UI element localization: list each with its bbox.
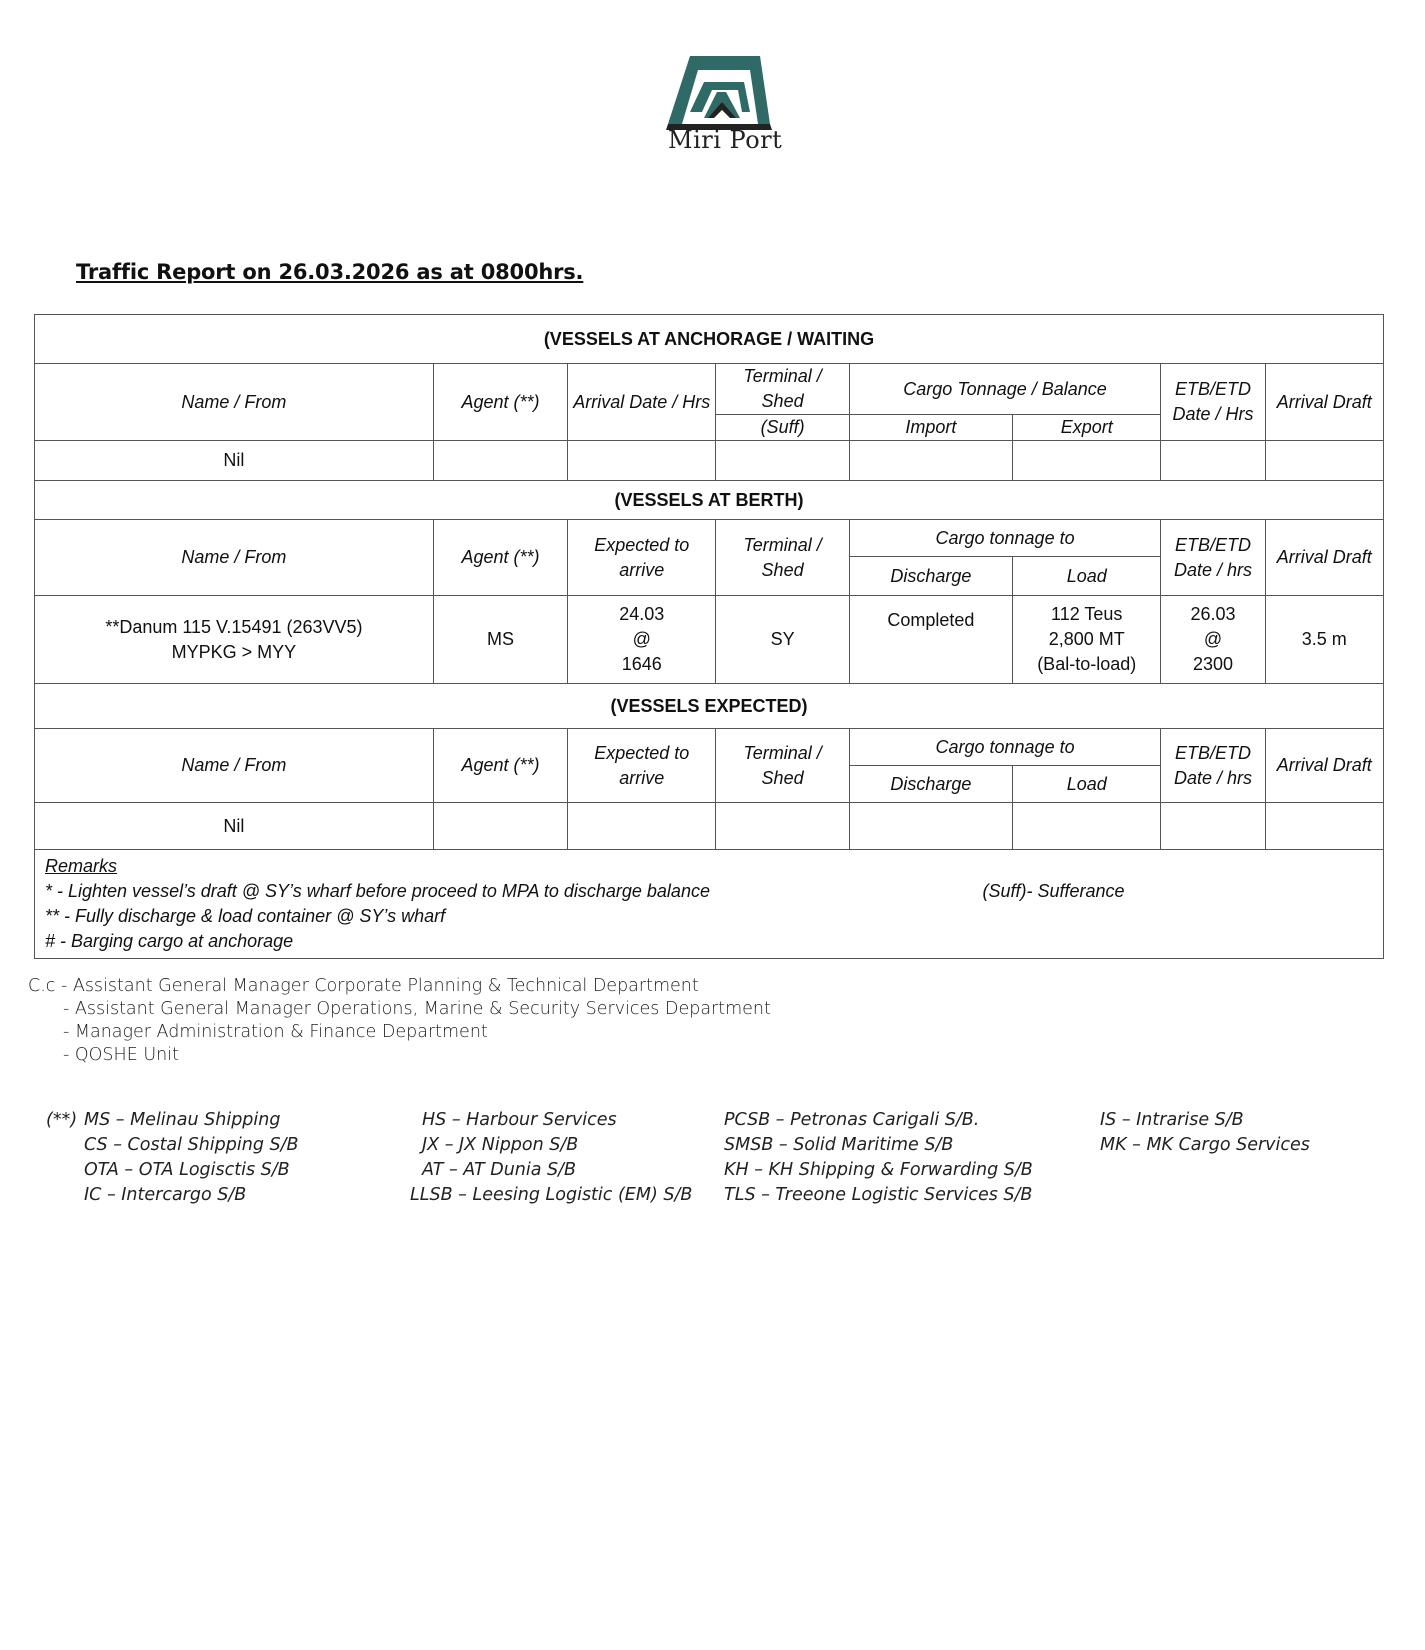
col-subheader-import: Import [849, 415, 1012, 441]
agent-item: AT – AT Dunia S/B [410, 1158, 692, 1183]
section-title-expected: (VESSELS EXPECTED) [35, 684, 1384, 729]
col-header-terminal: Terminal / Shed [716, 520, 849, 596]
agent-item: SMSB – Solid Maritime S/B [724, 1133, 1033, 1158]
cell-arrival [568, 441, 716, 481]
expected-header-row: Name / From Agent (**) Expected to arriv… [35, 729, 1384, 766]
cc-line: - Manager Administration & Finance Depar… [28, 1021, 771, 1044]
cell-discharge [849, 803, 1012, 850]
cc-line: - QOSHE Unit [28, 1044, 771, 1067]
cell-terminal: SY [716, 596, 849, 684]
cell-etb [1161, 441, 1265, 481]
logo-text: Miri Port [668, 126, 798, 154]
cell-agent [433, 441, 567, 481]
col-header-draft: Arrival Draft [1265, 364, 1383, 441]
col-subheader-load: Load [1013, 766, 1161, 803]
arrival-time: 1646 [572, 652, 711, 677]
remark-line: * - Lighten vessel’s draft @ SY’s wharf … [45, 879, 1373, 904]
agent-legend-prefix: (**) [46, 1108, 77, 1133]
remark-line: # - Barging cargo at anchorage [45, 929, 1373, 954]
col-header-name: Name / From [35, 520, 434, 596]
table-row: **Danum 115 V.15491 (263VV5) MYPKG > MYY… [35, 596, 1384, 684]
cell-load [1013, 803, 1161, 850]
load-tonnage: 2,800 MT [1017, 627, 1156, 652]
agent-legend-column: PCSB – Petronas Carigali S/B. SMSB – Sol… [724, 1108, 1033, 1208]
table-row: Nil [35, 803, 1384, 850]
col-header-arrival: Expected to arrive [568, 520, 716, 596]
cell-draft [1265, 803, 1383, 850]
agent-item: CS – Costal Shipping S/B [84, 1133, 299, 1158]
cell-load: 112 Teus 2,800 MT (Bal-to-load) [1013, 596, 1161, 684]
col-subheader-export: Export [1013, 415, 1161, 441]
col-subheader-suff: (Suff) [716, 415, 849, 441]
section-anchorage-title-row: (VESSELS AT ANCHORAGE / WAITING [35, 315, 1384, 364]
load-teus: 112 Teus [1017, 602, 1156, 627]
col-header-terminal: Terminal / Shed [716, 364, 849, 415]
cc-line: C.c - Assistant General Manager Corporat… [28, 975, 771, 998]
cell-agent: MS [433, 596, 567, 684]
cell-etb [1161, 803, 1265, 850]
agent-item: IS – Intrarise S/B [1100, 1108, 1310, 1133]
agent-item: MK – MK Cargo Services [1100, 1133, 1310, 1158]
agent-item: MS – Melinau Shipping [84, 1108, 299, 1133]
col-header-agent: Agent (**) [433, 364, 567, 441]
cell-arrival: 24.03 @ 1646 [568, 596, 716, 684]
col-subheader-discharge: Discharge [849, 557, 1012, 596]
arrival-at: @ [572, 627, 711, 652]
col-subheader-discharge: Discharge [849, 766, 1012, 803]
traffic-report-table: (VESSELS AT ANCHORAGE / WAITING Name / F… [34, 314, 1384, 959]
agent-legend-column: HS – Harbour Services JX – JX Nippon S/B… [410, 1108, 692, 1208]
agent-item: KH – KH Shipping & Forwarding S/B [724, 1158, 1033, 1183]
etb-at: @ [1165, 627, 1260, 652]
remarks-title: Remarks [45, 854, 1373, 879]
col-header-arrival: Expected to arrive [568, 729, 716, 803]
remarks-cell: Remarks * - Lighten vessel’s draft @ SY’… [35, 850, 1384, 959]
cell-export [1013, 441, 1161, 481]
col-header-etb: ETB/ETD Date / Hrs [1161, 364, 1265, 441]
cell-terminal [716, 803, 849, 850]
etb-date: 26.03 [1165, 602, 1260, 627]
cc-line: - Assistant General Manager Operations, … [28, 998, 771, 1021]
agent-item: HS – Harbour Services [410, 1108, 692, 1133]
agent-item: PCSB – Petronas Carigali S/B. [724, 1108, 1033, 1133]
cell-import [849, 441, 1012, 481]
agent-item: IC – Intercargo S/B [84, 1183, 299, 1208]
cell-discharge: Completed [849, 596, 1012, 684]
anchorage-header-row: Name / From Agent (**) Arrival Date / Hr… [35, 364, 1384, 415]
vessel-name: **Danum 115 V.15491 (263VV5) [39, 615, 429, 640]
agent-legend-column: IS – Intrarise S/B MK – MK Cargo Service… [1100, 1108, 1310, 1158]
cc-distribution-list: C.c - Assistant General Manager Corporat… [28, 975, 771, 1067]
section-berth-title-row: (VESSELS AT BERTH) [35, 481, 1384, 520]
col-header-agent: Agent (**) [433, 729, 567, 803]
col-header-name: Name / From [35, 729, 434, 803]
cell-name: **Danum 115 V.15491 (263VV5) MYPKG > MYY [35, 596, 434, 684]
cell-draft [1265, 441, 1383, 481]
cell-agent [433, 803, 567, 850]
arrival-date: 24.03 [572, 602, 711, 627]
agent-item: LLSB – Leesing Logistic (EM) S/B [410, 1183, 692, 1208]
cell-draft: 3.5 m [1265, 596, 1383, 684]
port-emblem-icon [660, 52, 775, 132]
col-header-name: Name / From [35, 364, 434, 441]
agent-legend-column: MS – Melinau Shipping CS – Costal Shippi… [84, 1108, 299, 1208]
cell-etb: 26.03 @ 2300 [1161, 596, 1265, 684]
report-title: Traffic Report on 26.03.2026 as at 0800h… [76, 260, 583, 284]
etb-time: 2300 [1165, 652, 1260, 677]
col-header-agent: Agent (**) [433, 520, 567, 596]
section-expected-title-row: (VESSELS EXPECTED) [35, 684, 1384, 729]
cell-terminal [716, 441, 849, 481]
section-title-anchorage: (VESSELS AT ANCHORAGE / WAITING [35, 315, 1384, 364]
remark-text: * - Lighten vessel’s draft @ SY’s wharf … [45, 881, 710, 901]
col-header-draft: Arrival Draft [1265, 520, 1383, 596]
col-header-cargo: Cargo tonnage to [849, 729, 1161, 766]
section-title-berth: (VESSELS AT BERTH) [35, 481, 1384, 520]
col-header-cargo: Cargo tonnage to [849, 520, 1161, 557]
cell-name: Nil [35, 441, 434, 481]
load-note: (Bal-to-load) [1017, 652, 1156, 677]
col-header-etb: ETB/ETD Date / hrs [1161, 729, 1265, 803]
agent-item: OTA – OTA Logisctis S/B [84, 1158, 299, 1183]
berth-header-row: Name / From Agent (**) Expected to arriv… [35, 520, 1384, 557]
suff-note: (Suff)- Sufferance [983, 879, 1125, 904]
table-row: Nil [35, 441, 1384, 481]
col-subheader-load: Load [1013, 557, 1161, 596]
cell-name: Nil [35, 803, 434, 850]
remarks-row: Remarks * - Lighten vessel’s draft @ SY’… [35, 850, 1384, 959]
col-header-terminal: Terminal / Shed [716, 729, 849, 803]
col-header-cargo: Cargo Tonnage / Balance [849, 364, 1161, 415]
cell-arrival [568, 803, 716, 850]
agent-item: TLS – Treeone Logistic Services S/B [724, 1183, 1033, 1208]
col-header-arrival: Arrival Date / Hrs [568, 364, 716, 441]
vessel-route: MYPKG > MYY [39, 640, 429, 665]
agent-item: JX – JX Nippon S/B [410, 1133, 692, 1158]
remark-line: ** - Fully discharge & load container @ … [45, 904, 1373, 929]
col-header-draft: Arrival Draft [1265, 729, 1383, 803]
col-header-etb: ETB/ETD Date / hrs [1161, 520, 1265, 596]
